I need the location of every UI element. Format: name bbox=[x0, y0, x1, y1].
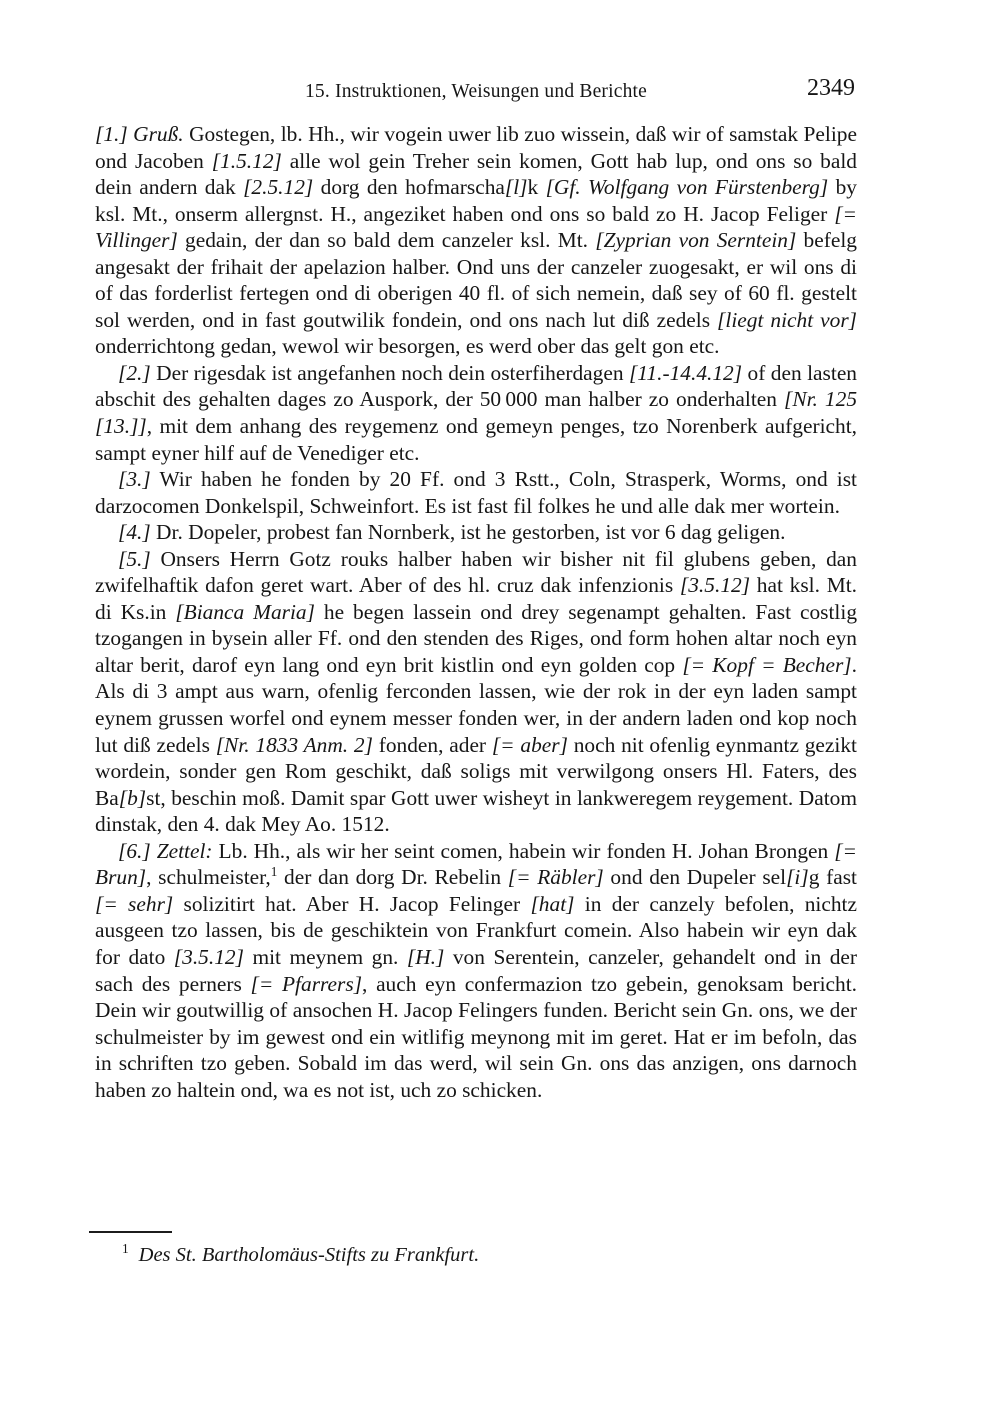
paragraph: [6.] Zettel: Lb. Hh., als wir her seint … bbox=[95, 838, 857, 1103]
editorial-insertion: [Bianca Maria] bbox=[175, 600, 315, 624]
editorial-insertion: [3.5.12] bbox=[680, 573, 750, 597]
text-run: Dr. Dopeler, probest fan Nornberk, ist h… bbox=[151, 520, 786, 544]
page-number: 2349 bbox=[807, 76, 855, 100]
footnote-text: Des St. Bartholomäus-Stifts zu Frankfurt… bbox=[139, 1244, 480, 1266]
editorial-insertion: [= Pfarrers] bbox=[251, 972, 362, 996]
editorial-insertion: [Nr. 1833 Anm. 2] bbox=[216, 733, 373, 757]
paragraph: [5.] Onsers Herrn Gotz rouks halber habe… bbox=[95, 546, 857, 838]
editorial-insertion: [b] bbox=[119, 786, 146, 810]
text-run: st, beschin moß. Damit spar Gott uwer wi… bbox=[95, 786, 857, 837]
editorial-insertion: [Zyprian von Serntein] bbox=[595, 228, 796, 252]
editorial-insertion: [11.-14.4.12] bbox=[629, 361, 742, 385]
chapter-title: 15. Instruktionen, Weisungen und Bericht… bbox=[95, 80, 857, 104]
text-run: , schulmeister, bbox=[146, 865, 271, 889]
editorial-insertion: [H.] bbox=[407, 945, 444, 969]
text-run: dorg den hofmarscha bbox=[313, 175, 505, 199]
text-run: Der rigesdak ist angefanhen noch dein os… bbox=[151, 361, 629, 385]
editorial-insertion: [1.] Gruß. bbox=[95, 122, 184, 146]
text-run: ond den Dupeler sel bbox=[604, 865, 786, 889]
paragraph: [4.] Dr. Dopeler, probest fan Nornberk, … bbox=[95, 519, 857, 546]
editorial-insertion: [4.] bbox=[118, 520, 151, 544]
text-block: 15. Instruktionen, Weisungen und Bericht… bbox=[95, 80, 857, 1103]
editorial-insertion: [hat] bbox=[530, 892, 574, 916]
editorial-insertion: [3.] bbox=[118, 467, 151, 491]
body-paragraphs: [1.] Gruß. Gostegen, lb. Hh., wir vogein… bbox=[95, 121, 857, 1103]
editorial-insertion: [i] bbox=[786, 865, 809, 889]
text-run: , mit dem anhang des reygemenz ond gemey… bbox=[95, 414, 857, 465]
editorial-insertion: [= Räbler] bbox=[508, 865, 604, 889]
footnote-marker: 1 bbox=[122, 1241, 129, 1256]
editorial-insertion: [liegt nicht vor] bbox=[717, 308, 857, 332]
text-run: onderrichtong gedan, wewol wir besorgen,… bbox=[95, 334, 720, 358]
editorial-insertion: [= aber] bbox=[492, 733, 568, 757]
paragraph: [2.] Der rigesdak ist angefanhen noch de… bbox=[95, 360, 857, 466]
text-run: Wir haben he fonden by 20 Ff. ond 3 Rstt… bbox=[95, 467, 857, 518]
editorial-insertion: [3.5.12] bbox=[174, 945, 244, 969]
book-page: 15. Instruktionen, Weisungen und Bericht… bbox=[0, 0, 1004, 1418]
text-run: g fast bbox=[809, 865, 857, 889]
text-run: der dan dorg Dr. Rebelin bbox=[277, 865, 507, 889]
text-run: gedain, der dan so bald dem canzeler ksl… bbox=[178, 228, 595, 252]
paragraph: [1.] Gruß. Gostegen, lb. Hh., wir vogein… bbox=[95, 121, 857, 360]
paragraph: [3.] Wir haben he fonden by 20 Ff. ond 3… bbox=[95, 466, 857, 519]
editorial-insertion: [= sehr] bbox=[95, 892, 173, 916]
text-run: fonden, ader bbox=[373, 733, 492, 757]
running-header: 15. Instruktionen, Weisungen und Bericht… bbox=[95, 80, 857, 108]
editorial-insertion: [6.] Zettel: bbox=[118, 839, 213, 863]
editorial-insertion: [2.5.12] bbox=[243, 175, 313, 199]
editorial-insertion: [2.] bbox=[118, 361, 151, 385]
footnote-rule bbox=[89, 1231, 172, 1233]
editorial-insertion: [= Kopf = Becher] bbox=[682, 653, 851, 677]
editorial-insertion: [Gf. Wolfgang von Fürstenberg] bbox=[546, 175, 829, 199]
text-run: k bbox=[527, 175, 545, 199]
text-run: solizitirt hat. Aber H. Jacop Felinger bbox=[173, 892, 530, 916]
text-run: Lb. Hh., als wir her seint comen, habein… bbox=[213, 839, 835, 863]
footnote-block: 1Des St. Bartholomäus-Stifts zu Frankfur… bbox=[95, 1223, 857, 1268]
editorial-insertion: [1.5.12] bbox=[212, 149, 282, 173]
editorial-insertion: [l] bbox=[505, 175, 528, 199]
footnote: 1Des St. Bartholomäus-Stifts zu Frankfur… bbox=[95, 1242, 857, 1268]
text-run: mit meynem gn. bbox=[244, 945, 407, 969]
editorial-insertion: [5.] bbox=[118, 547, 151, 571]
